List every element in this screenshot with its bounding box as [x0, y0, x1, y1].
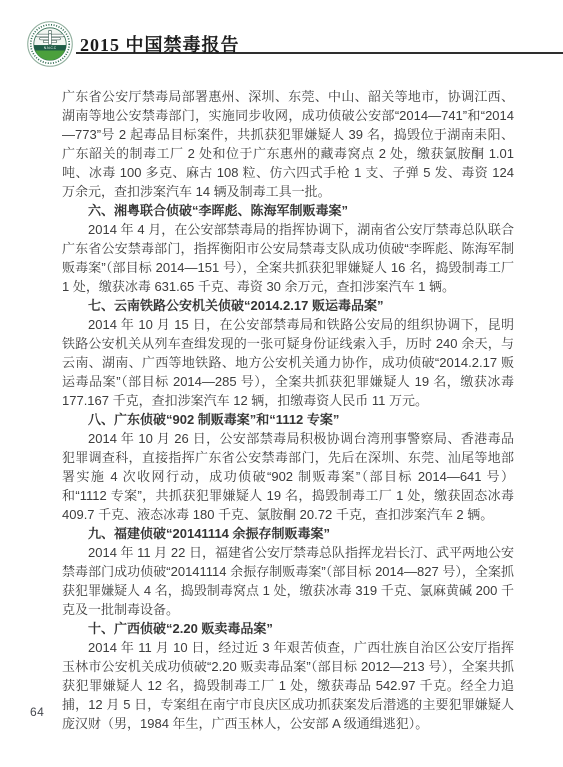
- section-heading: 九、福建侦破“20141114 余振存制贩毒案”: [62, 524, 514, 543]
- section-heading: 八、广东侦破“902 制贩毒案”和“1112 专案”: [62, 410, 514, 429]
- report-page: N.N.C.C 2015 中国禁毒报告 广东省公安厅禁毒局部署惠州、深圳、东莞、…: [0, 0, 563, 767]
- section-10: 十、广西侦破“2.20 贩卖毒品案” 2014 年 11 月 10 日，经过近 …: [62, 619, 514, 733]
- section-paragraph: 2014 年 10 月 15 日，在公安部禁毒局和铁路公安局的组织协调下，昆明铁…: [62, 315, 514, 410]
- section-heading: 十、广西侦破“2.20 贩卖毒品案”: [62, 619, 514, 638]
- section-heading: 六、湘粤联合侦破“李晖彪、陈海军制贩毒案”: [62, 201, 514, 220]
- page-header: N.N.C.C 2015 中国禁毒报告: [0, 0, 563, 70]
- page-number: 64: [30, 705, 44, 719]
- section-heading: 七、云南铁路公安机关侦破“2014.2.17 贩运毒品案”: [62, 296, 514, 315]
- page-body: 广东省公安厅禁毒局部署惠州、深圳、东莞、中山、韶关等地市，协调江西、湖南等地公安…: [62, 87, 514, 733]
- section-paragraph: 2014 年 4 月，在公安部禁毒局的指挥协调下，湖南省公安厅禁毒总队联合广东省…: [62, 220, 514, 296]
- continuation-paragraph: 广东省公安厅禁毒局部署惠州、深圳、东莞、中山、韶关等地市，协调江西、湖南等地公安…: [62, 87, 514, 201]
- logo-band-text: N.N.C.C: [44, 46, 57, 50]
- section-paragraph: 2014 年 10 月 26 日，公安部禁毒局积极协调台湾刑事警察局、香港毒品犯…: [62, 429, 514, 524]
- section-7: 七、云南铁路公安机关侦破“2014.2.17 贩运毒品案” 2014 年 10 …: [62, 296, 514, 410]
- nncc-emblem-icon: N.N.C.C: [27, 21, 73, 67]
- report-title: 2015 中国禁毒报告: [80, 31, 240, 57]
- section-8: 八、广东侦破“902 制贩毒案”和“1112 专案” 2014 年 10 月 2…: [62, 410, 514, 524]
- section-9: 九、福建侦破“20141114 余振存制贩毒案” 2014 年 11 月 22 …: [62, 524, 514, 619]
- section-6: 六、湘粤联合侦破“李晖彪、陈海军制贩毒案” 2014 年 4 月，在公安部禁毒局…: [62, 201, 514, 296]
- section-paragraph: 2014 年 11 月 22 日，福建省公安厅禁毒总队指挥龙岩长汀、武平两地公安…: [62, 543, 514, 619]
- section-paragraph: 2014 年 11 月 10 日，经过近 3 年艰苦侦查，广西壮族自治区公安厅指…: [62, 638, 514, 733]
